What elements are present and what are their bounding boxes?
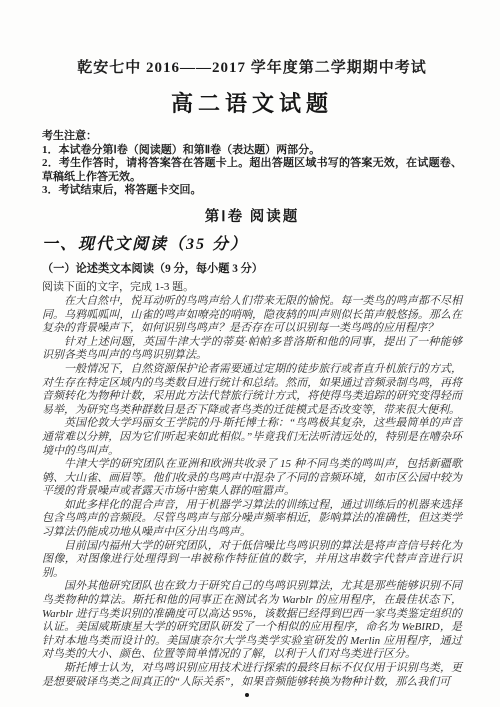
passage-paragraph-7: 目前国内福州大学的研究团队，对于低信噪比鸟鸣识别的算法是将声音信号转化为图像，对… — [42, 540, 462, 581]
exam-session-title: 乾安七中 2016——2017 学年度第二学期期中考试 — [42, 56, 462, 77]
exam-paper-title: 高二语文试题 — [42, 87, 462, 118]
passage-paragraph-2: 针对上述问题，英国牛津大学的蒂莫·帕帕多普洛斯和他的同事，提出了一种能够识别各类… — [42, 336, 462, 363]
passage-paragraph-4: 英国伦敦大学玛丽女王学院的丹·斯托博士称：“鸟鸣极其复杂，这些最简单的声音通常难… — [42, 417, 462, 458]
passage-paragraph-6: 如此多样化的混合声音，用于机器学习算法的训练过程，通过训练后的机器来选择包含鸟鸣… — [42, 499, 462, 540]
exam-document-page: 乾安七中 2016——2017 学年度第二学期期中考试 高二语文试题 考生注意：… — [0, 0, 500, 707]
reading-passage: 在大自然中，悦耳动听的鸟鸣声给人们带来无限的愉悦。每一类鸟的鸣声都不尽相同。乌鸦… — [42, 295, 462, 689]
volume-1-heading: 第Ⅰ卷 阅读题 — [42, 205, 462, 226]
notice-item-2: 2．考生作答时，请将答案答在答题卡上。超出答题区域书写的答案无效，在试题卷、草稿… — [42, 157, 462, 184]
notice-item-1: 1．本试卷分第Ⅰ卷（阅读题）和第Ⅱ卷（表达题）两部分。 — [42, 144, 462, 158]
passage-paragraph-9: 斯托博士认为，对鸟鸣识别应用技术进行探索的最终目标不仅仅用于识别鸟类，更是想要破… — [42, 662, 462, 689]
passage-paragraph-8: 国外其他研究团队也在致力于研究自己的鸟鸣识别算法，尤其是那些能够识别不同鸟类物种… — [42, 580, 462, 662]
page-marker-dot — [245, 693, 249, 697]
reading-instruction: 阅读下面的文字，完成 1-3 题。 — [42, 278, 462, 294]
passage-paragraph-5: 牛津大学的研究团队在亚洲和欧洲共收录了 15 种不同鸟类的鸣叫声，包括新疆歌鸲、… — [42, 458, 462, 499]
passage-paragraph-1: 在大自然中，悦耳动听的鸟鸣声给人们带来无限的愉悦。每一类鸟的鸣声都不尽相同。乌鸦… — [42, 295, 462, 336]
candidate-notice: 考生注意： 1．本试卷分第Ⅰ卷（阅读题）和第Ⅱ卷（表达题）两部分。 2．考生作答… — [42, 130, 462, 198]
notice-item-3: 3．考试结束后，将答题卡交回。 — [42, 184, 462, 198]
passage-paragraph-3: 一般情况下，自然资源保护论者需要通过定期的徒步旅行或者直升机旅行的方式，对生存在… — [42, 363, 462, 417]
subsection-argumentative-text-heading: （一）论述类文本阅读（9 分，每小题 3 分） — [42, 260, 462, 276]
section-modern-reading-heading: 一、现代文阅读（35 分） — [42, 231, 462, 254]
notice-heading: 考生注意： — [42, 130, 462, 144]
